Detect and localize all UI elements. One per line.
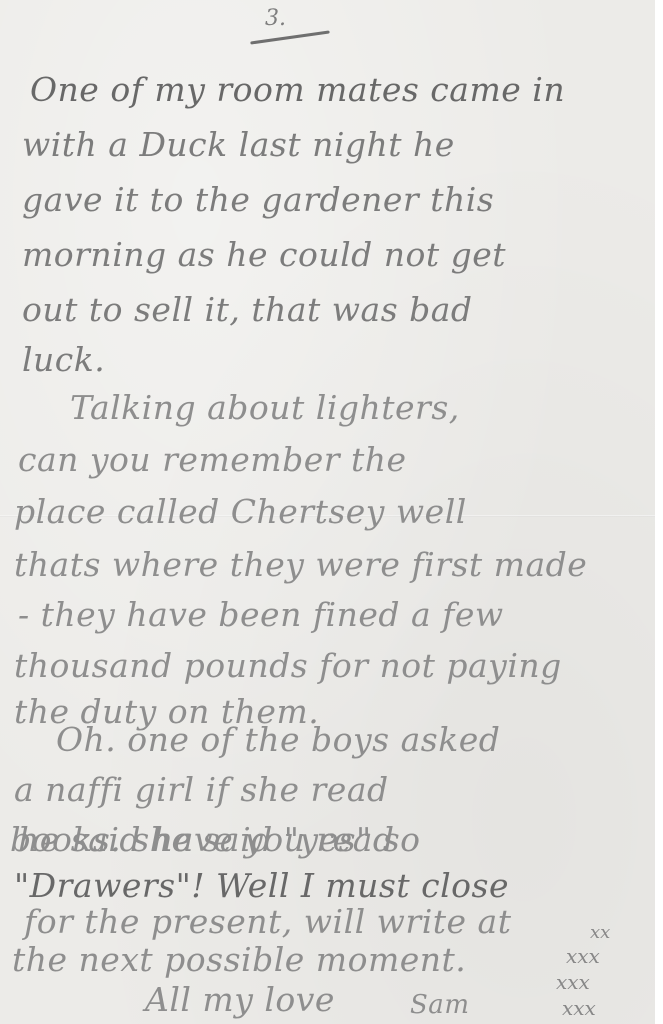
letter-page: 3. One of my room mates came in with a D… [0,0,655,1024]
letter-line-19: for the present, will write at [24,902,511,941]
letter-line-9: place called Chertsey well [14,492,467,531]
letter-line-3: gave it to the gardener this [22,180,494,219]
letter-line-1: One of my room mates came in [30,70,565,109]
letter-line-17: he said have you read [18,820,395,859]
letter-line-4: morning as he could not get [22,235,506,274]
page-number-underline [250,30,330,44]
letter-line-20: the next possible moment. [12,940,466,979]
letter-line-12: thousand pounds for not paying [14,646,562,685]
letter-line-8: can you remember the [18,440,407,479]
letter-line-10: thats where they were first made [14,545,587,584]
kisses-row-1: xx [590,922,610,943]
page-number: 3. [265,6,286,31]
letter-line-15: a naffi girl if she read [14,770,389,809]
letter-line-6: luck. [22,340,105,379]
letter-line-14: Oh. one of the boys asked [56,720,500,759]
kisses-row-2: xxx [566,944,600,968]
letter-line-18: "Drawers"! Well I must close [14,866,509,905]
letter-signature: Sam [410,990,469,1020]
letter-line-11: - they have been fined a few [18,595,504,634]
letter-closing: All my love [145,980,335,1019]
kisses-row-3: xxx [556,970,590,994]
kisses-row-4: xxx [562,996,596,1020]
letter-line-2: with a Duck last night he [22,125,455,164]
letter-line-7: Talking about lighters, [70,388,460,427]
letter-line-5: out to sell it, that was bad [22,290,473,329]
